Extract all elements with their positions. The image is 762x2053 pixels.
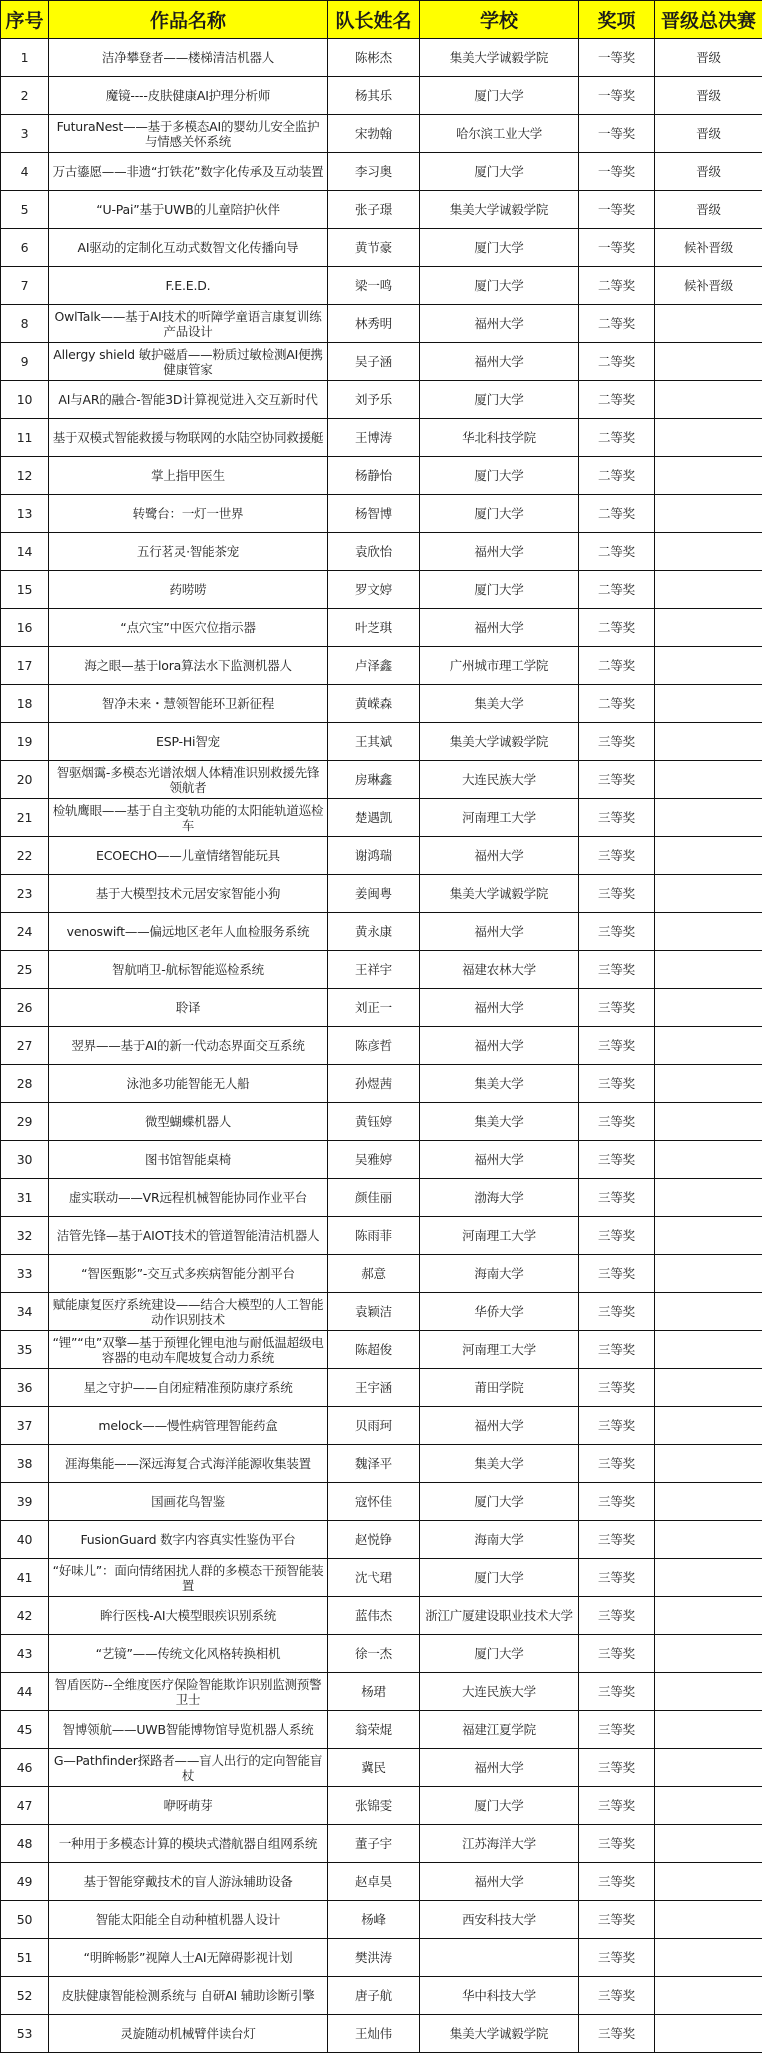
- table-row: 35“锂”“电”双擎—基于预锂化锂电池与耐低温超级电容器的电动车爬坡复合动力系统…: [1, 1331, 762, 1369]
- cell-school: 厦门大学: [420, 1635, 579, 1673]
- cell-final: [655, 343, 762, 381]
- cell-award: 二等奖: [579, 609, 655, 647]
- cell-leader: 黄永康: [328, 913, 420, 951]
- cell-no: 52: [1, 1977, 49, 2015]
- cell-no: 19: [1, 723, 49, 761]
- cell-name: 微型蝴蝶机器人: [49, 1103, 328, 1141]
- cell-award: 三等奖: [579, 1863, 655, 1901]
- table-row: 18智净未来・慧领智能环卫新征程黄嵘森集美大学二等奖: [1, 685, 762, 723]
- cell-final: [655, 1749, 762, 1787]
- cell-name: 智博领航——UWB智能博物馆导览机器人系统: [49, 1711, 328, 1749]
- cell-school: 集美大学诚毅学院: [420, 723, 579, 761]
- cell-final: [655, 1711, 762, 1749]
- table-row: 15药唠唠罗文婷厦门大学二等奖: [1, 571, 762, 609]
- header-no: 序号: [1, 1, 49, 39]
- cell-award: 三等奖: [579, 1597, 655, 1635]
- cell-final: [655, 1141, 762, 1179]
- cell-school: 厦门大学: [420, 229, 579, 267]
- cell-school: 福州大学: [420, 1407, 579, 1445]
- cell-name: “好味儿”：面向情绪困扰人群的多模态干预智能装置: [49, 1559, 328, 1597]
- cell-name: 智净未来・慧领智能环卫新征程: [49, 685, 328, 723]
- table-row: 5“U-Pai”基于UWB的儿童陪护伙伴张子璟集美大学诚毅学院一等奖晋级: [1, 191, 762, 229]
- cell-school: 福州大学: [420, 1863, 579, 1901]
- cell-leader: 王宇涵: [328, 1369, 420, 1407]
- cell-leader: 赵卓昊: [328, 1863, 420, 1901]
- cell-leader: 王其斌: [328, 723, 420, 761]
- table-row: 19ESP-Hi智宠王其斌集美大学诚毅学院三等奖: [1, 723, 762, 761]
- cell-school: 广州城市理工学院: [420, 647, 579, 685]
- cell-no: 31: [1, 1179, 49, 1217]
- cell-school: 哈尔滨工业大学: [420, 115, 579, 153]
- table-row: 34赋能康复医疗系统建设——结合大模型的人工智能动作识别技术袁颖洁华侨大学三等奖: [1, 1293, 762, 1331]
- cell-no: 21: [1, 799, 49, 837]
- cell-leader: 吴子涵: [328, 343, 420, 381]
- cell-award: 三等奖: [579, 1293, 655, 1331]
- cell-name: melock——慢性病管理智能药盒: [49, 1407, 328, 1445]
- cell-final: 晋级: [655, 191, 762, 229]
- cell-school: 集美大学诚毅学院: [420, 875, 579, 913]
- cell-no: 11: [1, 419, 49, 457]
- cell-school: 渤海大学: [420, 1179, 579, 1217]
- cell-no: 28: [1, 1065, 49, 1103]
- cell-school: 福州大学: [420, 343, 579, 381]
- cell-award: 三等奖: [579, 1521, 655, 1559]
- cell-no: 40: [1, 1521, 49, 1559]
- cell-award: 三等奖: [579, 1331, 655, 1369]
- cell-no: 10: [1, 381, 49, 419]
- cell-name: 皮肤健康智能检测系统与 自研AI 辅助诊断引擎: [49, 1977, 328, 2015]
- cell-no: 33: [1, 1255, 49, 1293]
- cell-school: 大连民族大学: [420, 761, 579, 799]
- table-row: 17海之眼—基于lora算法水下监测机器人卢泽鑫广州城市理工学院二等奖: [1, 647, 762, 685]
- cell-leader: 陈彦哲: [328, 1027, 420, 1065]
- cell-award: 三等奖: [579, 1141, 655, 1179]
- cell-school: 厦门大学: [420, 77, 579, 115]
- cell-name: “艺镜”——传统文化风格转换相机: [49, 1635, 328, 1673]
- cell-award: 二等奖: [579, 419, 655, 457]
- cell-leader: 刘予乐: [328, 381, 420, 419]
- cell-final: [655, 1103, 762, 1141]
- cell-no: 25: [1, 951, 49, 989]
- cell-award: 三等奖: [579, 1369, 655, 1407]
- cell-no: 24: [1, 913, 49, 951]
- cell-name: “智医甄影”-交互式多疾病智能分割平台: [49, 1255, 328, 1293]
- cell-leader: 张锦雯: [328, 1787, 420, 1825]
- cell-final: 晋级: [655, 39, 762, 77]
- cell-leader: 翁荣焜: [328, 1711, 420, 1749]
- cell-school: 福州大学: [420, 1749, 579, 1787]
- cell-no: 9: [1, 343, 49, 381]
- cell-leader: 郝意: [328, 1255, 420, 1293]
- cell-leader: 董子宇: [328, 1825, 420, 1863]
- cell-leader: 寇怀佳: [328, 1483, 420, 1521]
- cell-final: [655, 381, 762, 419]
- cell-name: 五行茗灵·智能茶宠: [49, 533, 328, 571]
- cell-award: 三等奖: [579, 837, 655, 875]
- cell-no: 41: [1, 1559, 49, 1597]
- cell-school: 集美大学诚毅学院: [420, 191, 579, 229]
- cell-school: 厦门大学: [420, 457, 579, 495]
- header-leader: 队长姓名: [328, 1, 420, 39]
- table-row: 24venoswift——偏远地区老年人血检服务系统黄永康福州大学三等奖: [1, 913, 762, 951]
- header-school: 学校: [420, 1, 579, 39]
- cell-school: 厦门大学: [420, 571, 579, 609]
- cell-final: [655, 685, 762, 723]
- cell-no: 45: [1, 1711, 49, 1749]
- cell-no: 13: [1, 495, 49, 533]
- cell-award: 三等奖: [579, 1103, 655, 1141]
- cell-school: 福州大学: [420, 609, 579, 647]
- cell-final: [655, 1673, 762, 1711]
- cell-award: 三等奖: [579, 1559, 655, 1597]
- cell-leader: 王灿伟: [328, 2015, 420, 2053]
- cell-final: [655, 761, 762, 799]
- cell-award: 二等奖: [579, 495, 655, 533]
- cell-leader: 杨其乐: [328, 77, 420, 115]
- table-row: 4万古鎏愿——非遗“打铁花”数字化传承及互动装置李习奥厦门大学一等奖晋级: [1, 153, 762, 191]
- table-row: 1洁净攀登者——楼梯清洁机器人陈彬杰集美大学诚毅学院一等奖晋级: [1, 39, 762, 77]
- cell-leader: 陈超俊: [328, 1331, 420, 1369]
- table-row: 30图书馆智能桌椅吴雅婷福州大学三等奖: [1, 1141, 762, 1179]
- cell-name: 掌上指甲医生: [49, 457, 328, 495]
- cell-school: 河南理工大学: [420, 1331, 579, 1369]
- awards-table: 序号 作品名称 队长姓名 学校 奖项 晋级总决赛 1洁净攀登者——楼梯清洁机器人…: [0, 0, 762, 2053]
- cell-no: 2: [1, 77, 49, 115]
- cell-school: 厦门大学: [420, 1559, 579, 1597]
- cell-leader: 魏泽平: [328, 1445, 420, 1483]
- cell-award: 二等奖: [579, 571, 655, 609]
- cell-name: OwlTalk——基于AI技术的听障学童语言康复训练产品设计: [49, 305, 328, 343]
- cell-no: 3: [1, 115, 49, 153]
- cell-leader: 姜闽粤: [328, 875, 420, 913]
- cell-school: [420, 1939, 579, 1977]
- cell-final: [655, 913, 762, 951]
- cell-award: 二等奖: [579, 533, 655, 571]
- cell-school: 浙江广厦建设职业技术大学: [420, 1597, 579, 1635]
- cell-leader: 袁欣怡: [328, 533, 420, 571]
- cell-school: 厦门大学: [420, 381, 579, 419]
- cell-no: 26: [1, 989, 49, 1027]
- cell-no: 29: [1, 1103, 49, 1141]
- cell-no: 35: [1, 1331, 49, 1369]
- cell-no: 46: [1, 1749, 49, 1787]
- table-row: 50智能太阳能全自动种植机器人设计杨峰西安科技大学三等奖: [1, 1901, 762, 1939]
- cell-school: 福州大学: [420, 1141, 579, 1179]
- cell-award: 三等奖: [579, 913, 655, 951]
- cell-school: 华侨大学: [420, 1293, 579, 1331]
- cell-leader: 蓝伟杰: [328, 1597, 420, 1635]
- cell-award: 二等奖: [579, 381, 655, 419]
- cell-leader: 赵悦铮: [328, 1521, 420, 1559]
- cell-final: 候补晋级: [655, 267, 762, 305]
- table-row: 7F.E.E.D.梁一鸣厦门大学二等奖候补晋级: [1, 267, 762, 305]
- cell-name: 赋能康复医疗系统建设——结合大模型的人工智能动作识别技术: [49, 1293, 328, 1331]
- cell-award: 三等奖: [579, 799, 655, 837]
- cell-name: 翌界——基于AI的新一代动态界面交互系统: [49, 1027, 328, 1065]
- header-final: 晋级总决赛: [655, 1, 762, 39]
- cell-name: 转鹭台：一灯一世界: [49, 495, 328, 533]
- table-row: 20智驱烟霭-多模态光谱浓烟人体精准识别救援先锋领航者房琳鑫大连民族大学三等奖: [1, 761, 762, 799]
- cell-name: 智驱烟霭-多模态光谱浓烟人体精准识别救援先锋领航者: [49, 761, 328, 799]
- cell-leader: 王博涛: [328, 419, 420, 457]
- cell-no: 36: [1, 1369, 49, 1407]
- cell-name: 聆译: [49, 989, 328, 1027]
- cell-school: 福州大学: [420, 913, 579, 951]
- cell-award: 三等奖: [579, 1825, 655, 1863]
- cell-school: 集美大学: [420, 1445, 579, 1483]
- cell-award: 一等奖: [579, 77, 655, 115]
- table-row: 11基于双模式智能救援与物联网的水陆空协同救援艇王博涛华北科技学院二等奖: [1, 419, 762, 457]
- cell-no: 32: [1, 1217, 49, 1255]
- cell-final: [655, 1027, 762, 1065]
- cell-leader: 沈弋珺: [328, 1559, 420, 1597]
- cell-leader: 宋勃翰: [328, 115, 420, 153]
- cell-final: 晋级: [655, 115, 762, 153]
- cell-name: FusionGuard 数字内容真实性鉴伪平台: [49, 1521, 328, 1559]
- cell-school: 河南理工大学: [420, 799, 579, 837]
- table-row: 26聆译刘正一福州大学三等奖: [1, 989, 762, 1027]
- table-row: 44智盾医防--全维度医疗保险智能欺诈识别监测预警卫士杨珺大连民族大学三等奖: [1, 1673, 762, 1711]
- cell-final: [655, 419, 762, 457]
- cell-school: 厦门大学: [420, 153, 579, 191]
- cell-name: 灵旋随动机械臂伴读台灯: [49, 2015, 328, 2053]
- cell-final: [655, 1293, 762, 1331]
- table-row: 48一种用于多模态计算的模块式潜航器自组网系统董子宇江苏海洋大学三等奖: [1, 1825, 762, 1863]
- table-row: 49基于智能穿戴技术的盲人游泳辅助设备赵卓昊福州大学三等奖: [1, 1863, 762, 1901]
- cell-school: 福州大学: [420, 989, 579, 1027]
- cell-award: 一等奖: [579, 191, 655, 229]
- cell-final: [655, 1179, 762, 1217]
- table-row: 22ECOECHO——儿童情绪智能玩具谢鸿瑞福州大学三等奖: [1, 837, 762, 875]
- cell-leader: 王祥宇: [328, 951, 420, 989]
- cell-award: 三等奖: [579, 1673, 655, 1711]
- table-row: 32洁管先锋—基于AIOT技术的管道智能清洁机器人陈雨菲河南理工大学三等奖: [1, 1217, 762, 1255]
- cell-name: G—Pathfinder探路者——盲人出行的定向智能盲杖: [49, 1749, 328, 1787]
- cell-name: 泳池多功能智能无人船: [49, 1065, 328, 1103]
- cell-school: 厦门大学: [420, 495, 579, 533]
- cell-final: [655, 1521, 762, 1559]
- table-row: 27翌界——基于AI的新一代动态界面交互系统陈彦哲福州大学三等奖: [1, 1027, 762, 1065]
- cell-award: 三等奖: [579, 1901, 655, 1939]
- cell-school: 西安科技大学: [420, 1901, 579, 1939]
- cell-no: 49: [1, 1863, 49, 1901]
- cell-school: 厦门大学: [420, 267, 579, 305]
- cell-name: 基于双模式智能救援与物联网的水陆空协同救援艇: [49, 419, 328, 457]
- cell-leader: 陈雨菲: [328, 1217, 420, 1255]
- table-row: 21检轨鹰眼——基于自主变轨功能的太阳能轨道巡检车楚遇凯河南理工大学三等奖: [1, 799, 762, 837]
- table-row: 23基于大模型技术元居安家智能小狗姜闽粤集美大学诚毅学院三等奖: [1, 875, 762, 913]
- cell-school: 福建农林大学: [420, 951, 579, 989]
- cell-name: venoswift——偏远地区老年人血检服务系统: [49, 913, 328, 951]
- table-row: 9Allergy shield 敏护磁盾——粉质过敏检测AI便携健康管家吴子涵福…: [1, 343, 762, 381]
- cell-school: 福州大学: [420, 533, 579, 571]
- cell-final: [655, 609, 762, 647]
- cell-no: 50: [1, 1901, 49, 1939]
- cell-final: [655, 1407, 762, 1445]
- cell-award: 三等奖: [579, 1749, 655, 1787]
- cell-name: “U-Pai”基于UWB的儿童陪护伙伴: [49, 191, 328, 229]
- cell-final: [655, 1445, 762, 1483]
- cell-school: 海南大学: [420, 1521, 579, 1559]
- table-body: 1洁净攀登者——楼梯清洁机器人陈彬杰集美大学诚毅学院一等奖晋级2魔镜----皮肤…: [1, 39, 762, 2053]
- cell-award: 二等奖: [579, 685, 655, 723]
- cell-leader: 樊洪涛: [328, 1939, 420, 1977]
- cell-final: [655, 1597, 762, 1635]
- cell-award: 三等奖: [579, 1483, 655, 1521]
- cell-final: [655, 989, 762, 1027]
- cell-school: 集美大学: [420, 685, 579, 723]
- cell-school: 集美大学: [420, 1103, 579, 1141]
- cell-school: 福州大学: [420, 837, 579, 875]
- cell-final: [655, 533, 762, 571]
- table-row: 45智博领航——UWB智能博物馆导览机器人系统翁荣焜福建江夏学院三等奖: [1, 1711, 762, 1749]
- cell-no: 22: [1, 837, 49, 875]
- cell-final: [655, 837, 762, 875]
- cell-award: 一等奖: [579, 115, 655, 153]
- cell-name: 洁管先锋—基于AIOT技术的管道智能清洁机器人: [49, 1217, 328, 1255]
- cell-leader: 杨静怡: [328, 457, 420, 495]
- cell-no: 27: [1, 1027, 49, 1065]
- cell-leader: 刘正一: [328, 989, 420, 1027]
- cell-name: FuturaNest——基于多模态AI的婴幼儿安全监护与情感关怀系统: [49, 115, 328, 153]
- cell-no: 7: [1, 267, 49, 305]
- cell-no: 15: [1, 571, 49, 609]
- cell-name: ECOECHO——儿童情绪智能玩具: [49, 837, 328, 875]
- cell-final: [655, 2015, 762, 2053]
- table-row: 37melock——慢性病管理智能药盒贝雨珂福州大学三等奖: [1, 1407, 762, 1445]
- cell-leader: 杨智博: [328, 495, 420, 533]
- cell-no: 42: [1, 1597, 49, 1635]
- cell-leader: 李习奥: [328, 153, 420, 191]
- cell-award: 三等奖: [579, 2015, 655, 2053]
- cell-name: 图书馆智能桌椅: [49, 1141, 328, 1179]
- cell-leader: 林秀明: [328, 305, 420, 343]
- table-row: 31虚实联动——VR远程机械智能协同作业平台颜佳丽渤海大学三等奖: [1, 1179, 762, 1217]
- cell-award: 一等奖: [579, 39, 655, 77]
- cell-award: 三等奖: [579, 761, 655, 799]
- cell-name: 万古鎏愿——非遗“打铁花”数字化传承及互动装置: [49, 153, 328, 191]
- cell-final: [655, 723, 762, 761]
- cell-name: F.E.E.D.: [49, 267, 328, 305]
- table-row: 36星之守护——自闭症精准预防康疗系统王宇涵莆田学院三等奖: [1, 1369, 762, 1407]
- table-row: 12掌上指甲医生杨静怡厦门大学二等奖: [1, 457, 762, 495]
- cell-school: 福州大学: [420, 1027, 579, 1065]
- cell-final: [655, 1635, 762, 1673]
- table-row: 10AI与AR的融合-智能3D计算视觉进入交互新时代刘予乐厦门大学二等奖: [1, 381, 762, 419]
- cell-name: AI驱动的定制化互动式数智文化传播向导: [49, 229, 328, 267]
- table-row: 51“明眸畅影”视障人士AI无障碍影视计划樊洪涛三等奖: [1, 1939, 762, 1977]
- cell-leader: 颜佳丽: [328, 1179, 420, 1217]
- cell-school: 集美大学: [420, 1065, 579, 1103]
- cell-school: 莆田学院: [420, 1369, 579, 1407]
- cell-final: [655, 951, 762, 989]
- cell-award: 三等奖: [579, 1179, 655, 1217]
- cell-name: 基于智能穿戴技术的盲人游泳辅助设备: [49, 1863, 328, 1901]
- table-row: 43“艺镜”——传统文化风格转换相机徐一杰厦门大学三等奖: [1, 1635, 762, 1673]
- cell-name: ESP-Hi智宠: [49, 723, 328, 761]
- cell-award: 三等奖: [579, 1445, 655, 1483]
- cell-no: 18: [1, 685, 49, 723]
- cell-school: 集美大学诚毅学院: [420, 2015, 579, 2053]
- cell-name: 海之眼—基于lora算法水下监测机器人: [49, 647, 328, 685]
- table-row: 40FusionGuard 数字内容真实性鉴伪平台赵悦铮海南大学三等奖: [1, 1521, 762, 1559]
- cell-name: 咿呀萌芽: [49, 1787, 328, 1825]
- cell-name: 基于大模型技术元居安家智能小狗: [49, 875, 328, 913]
- cell-no: 44: [1, 1673, 49, 1711]
- cell-school: 福建江夏学院: [420, 1711, 579, 1749]
- cell-final: 晋级: [655, 153, 762, 191]
- cell-no: 34: [1, 1293, 49, 1331]
- cell-name: “点穴宝”中医穴位指示器: [49, 609, 328, 647]
- cell-no: 16: [1, 609, 49, 647]
- cell-award: 二等奖: [579, 305, 655, 343]
- cell-final: [655, 571, 762, 609]
- cell-award: 三等奖: [579, 1027, 655, 1065]
- cell-school: 江苏海洋大学: [420, 1825, 579, 1863]
- cell-no: 8: [1, 305, 49, 343]
- cell-award: 一等奖: [579, 153, 655, 191]
- table-row: 2魔镜----皮肤健康AI护理分析师杨其乐厦门大学一等奖晋级: [1, 77, 762, 115]
- cell-award: 三等奖: [579, 1407, 655, 1445]
- table-row: 46G—Pathfinder探路者——盲人出行的定向智能盲杖冀民福州大学三等奖: [1, 1749, 762, 1787]
- table-row: 33“智医甄影”-交互式多疾病智能分割平台郝意海南大学三等奖: [1, 1255, 762, 1293]
- cell-school: 集美大学诚毅学院: [420, 39, 579, 77]
- cell-award: 二等奖: [579, 457, 655, 495]
- cell-final: 候补晋级: [655, 229, 762, 267]
- cell-no: 23: [1, 875, 49, 913]
- cell-name: 智盾医防--全维度医疗保险智能欺诈识别监测预警卫士: [49, 1673, 328, 1711]
- cell-leader: 唐子航: [328, 1977, 420, 2015]
- cell-no: 4: [1, 153, 49, 191]
- table-row: 53灵旋随动机械臂伴读台灯王灿伟集美大学诚毅学院三等奖: [1, 2015, 762, 2053]
- cell-no: 43: [1, 1635, 49, 1673]
- cell-final: [655, 495, 762, 533]
- cell-name: 一种用于多模态计算的模块式潜航器自组网系统: [49, 1825, 328, 1863]
- table-row: 6AI驱动的定制化互动式数智文化传播向导黄节豪厦门大学一等奖候补晋级: [1, 229, 762, 267]
- cell-final: [655, 1901, 762, 1939]
- cell-leader: 叶芝琪: [328, 609, 420, 647]
- cell-no: 5: [1, 191, 49, 229]
- cell-final: [655, 1825, 762, 1863]
- cell-name: 虚实联动——VR远程机械智能协同作业平台: [49, 1179, 328, 1217]
- cell-leader: 黄嵘森: [328, 685, 420, 723]
- cell-name: 涯海集能——深远海复合式海洋能源收集装置: [49, 1445, 328, 1483]
- cell-name: 魔镜----皮肤健康AI护理分析师: [49, 77, 328, 115]
- table-row: 29微型蝴蝶机器人黄钰婷集美大学三等奖: [1, 1103, 762, 1141]
- cell-final: [655, 1217, 762, 1255]
- cell-leader: 罗文婷: [328, 571, 420, 609]
- cell-no: 47: [1, 1787, 49, 1825]
- cell-no: 30: [1, 1141, 49, 1179]
- cell-name: “锂”“电”双擎—基于预锂化锂电池与耐低温超级电容器的电动车爬坡复合动力系统: [49, 1331, 328, 1369]
- table-row: 38涯海集能——深远海复合式海洋能源收集装置魏泽平集美大学三等奖: [1, 1445, 762, 1483]
- table-row: 3FuturaNest——基于多模态AI的婴幼儿安全监护与情感关怀系统宋勃翰哈尔…: [1, 115, 762, 153]
- cell-leader: 杨峰: [328, 1901, 420, 1939]
- cell-final: [655, 799, 762, 837]
- cell-no: 38: [1, 1445, 49, 1483]
- cell-award: 三等奖: [579, 1255, 655, 1293]
- cell-name: AI与AR的融合-智能3D计算视觉进入交互新时代: [49, 381, 328, 419]
- cell-award: 三等奖: [579, 989, 655, 1027]
- cell-award: 三等奖: [579, 1065, 655, 1103]
- table-row: 16“点穴宝”中医穴位指示器叶芝琪福州大学二等奖: [1, 609, 762, 647]
- header-award: 奖项: [579, 1, 655, 39]
- cell-name: 洁净攀登者——楼梯清洁机器人: [49, 39, 328, 77]
- cell-name: Allergy shield 敏护磁盾——粉质过敏检测AI便携健康管家: [49, 343, 328, 381]
- cell-no: 20: [1, 761, 49, 799]
- table-row: 14五行茗灵·智能茶宠袁欣怡福州大学二等奖: [1, 533, 762, 571]
- cell-leader: 房琳鑫: [328, 761, 420, 799]
